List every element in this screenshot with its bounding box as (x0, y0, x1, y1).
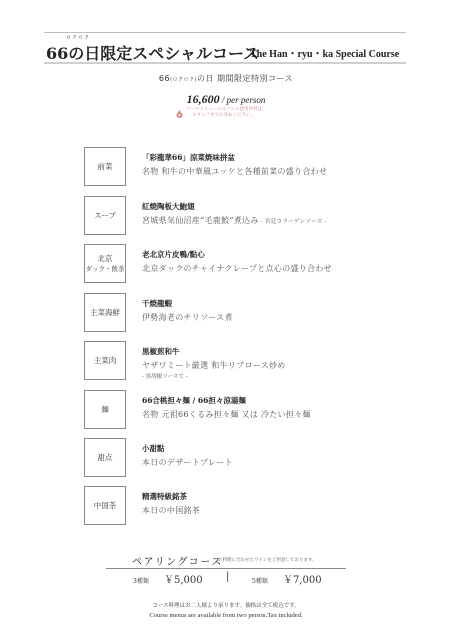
course-item-appetizer: 前菜 「彩龍華66」涼菜焼味拼盆 名物 和牛の中華風ユッケと各種前菜の盛り合わせ (84, 147, 384, 186)
course-item-seafood-main: 主菜海鮮 干焼龍蝦 伊勢海老のチリソース煮 (84, 293, 384, 332)
course-category: 主菜海鮮 (84, 293, 126, 332)
course-item-meat-main: 主菜肉 黒椒煎和牛 ヤザワミート厳選 和牛リブロース炒め - 黒胡椒ソースで - (84, 341, 384, 380)
pairing-rule (106, 568, 346, 569)
header-top-rule (44, 32, 406, 33)
page-title-en: The Han・ryu・ka Special Course (250, 45, 399, 60)
pairing-title: ペアリングコース (132, 553, 223, 568)
course-price: 16,600 / per person (0, 92, 452, 107)
price-unit: / per person (220, 95, 266, 105)
course-category: スープ (84, 196, 126, 235)
pairing-option-5: 5種類 ￥7,000 (252, 571, 322, 586)
footer-note-en: Course menus are available from two pers… (0, 612, 452, 619)
course-item-soup: スープ 紅焼陶板大鮑翅 宮城県気仙沼産“毛鹿鮫”煮込み - 宮廷コラーゲンソース… (84, 196, 384, 235)
course-item-dessert: 甜点 小甜點 本日のデザートプレート (84, 438, 384, 477)
course-dish-desc: 宮城県気仙沼産“毛鹿鮫”煮込み - 宮廷コラーゲンソース - (142, 215, 327, 226)
pairing-separator: | (226, 571, 229, 582)
course-subtitle: 66(ロクロク)の日 期間限定特別コース (0, 73, 452, 84)
course-dish-desc: 名物 元祖66くるみ担々麺 又は 冷たい担々麺 (142, 409, 311, 420)
course-dish-name: 精選特級銘茶 (142, 491, 187, 502)
course-dish-name: 小甜點 (142, 443, 165, 454)
course-category: 中国茶 (84, 486, 126, 525)
footer-note-jp: コース料理はお二人様より承ります。価格は全て税込です。 (0, 601, 452, 609)
course-dish-name: 干焼龍蝦 (142, 298, 172, 309)
allergy-note-line2: スタッフまでお尋ねください。 (186, 113, 267, 119)
course-item-noodles: 麺 66合桃担々麺 / 66担々涼湯麺 名物 元祖66くるみ担々麺 又は 冷たい… (84, 390, 384, 429)
dish-desc-main: 宮城県気仙沼産“毛鹿鮫”煮込み (142, 216, 259, 225)
course-dish-sub: - 黒胡椒ソースで - (142, 372, 187, 380)
header-bottom-rule (44, 62, 406, 64)
course-dish-desc: ヤザワミート厳選 和牛リブロース炒め (142, 360, 286, 371)
course-category: 麺 (84, 390, 126, 429)
pairing-kinds: 5種類 (252, 578, 268, 585)
title-ruby: ロクロク (66, 34, 90, 41)
course-category: 前菜 (84, 147, 126, 186)
pairing-note: お料理に合わせたワインをご用意しております。 (218, 557, 317, 563)
course-item-peking-duck: 北京 ダック・飲茶 老北京片皮鴨/點心 北京ダックのチャイナクレープと点心の盛り… (84, 244, 384, 283)
category-line2: ダック・飲茶 (86, 264, 125, 275)
pairing-price: ￥5,000 (164, 575, 203, 586)
drop-icon (176, 110, 183, 118)
course-dish-desc: 本日の中国銘茶 (142, 505, 200, 516)
category-line1: 北京 (98, 253, 113, 264)
dish-desc-sauce: - 宮廷コラーゲンソース - (259, 219, 327, 225)
course-dish-desc: 名物 和牛の中華風ユッケと各種前菜の盛り合わせ (142, 166, 327, 177)
course-dish-desc: 北京ダックのチャイナクレープと点心の盛り合わせ (142, 263, 332, 274)
pairing-kinds: 3種類 (133, 578, 149, 585)
course-dish-name: 老北京片皮鴨/點心 (142, 249, 205, 260)
page-title-jp: 66の日限定スペシャルコース (46, 41, 259, 64)
course-dish-name: 「彩龍華66」涼菜焼味拼盆 (142, 152, 235, 163)
course-dish-name: 66合桃担々麺 / 66担々涼湯麺 (142, 395, 246, 406)
allergy-note: コースメニューのエシレル使用食材は、 スタッフまでお尋ねください。 (186, 107, 267, 119)
course-category: 甜点 (84, 438, 126, 477)
course-category: 北京 ダック・飲茶 (84, 244, 126, 283)
course-dish-desc: 本日のデザートプレート (142, 457, 233, 468)
subtitle-suffix: の日 期間限定特別コース (197, 74, 293, 83)
pairing-option-3: 3種類 ￥5,000 (133, 571, 203, 586)
course-dish-name: 黒椒煎和牛 (142, 346, 180, 357)
course-item-chinese-tea: 中国茶 精選特級銘茶 本日の中国銘茶 (84, 486, 384, 525)
pairing-price: ￥7,000 (283, 575, 322, 586)
subtitle-prefix: 66 (159, 74, 170, 83)
subtitle-ruby: (ロクロク) (170, 77, 197, 83)
course-category: 主菜肉 (84, 341, 126, 380)
course-dish-desc: 伊勢海老のチリソース煮 (142, 312, 233, 323)
price-amount: 16,600 (187, 92, 220, 106)
course-dish-name: 紅焼陶板大鮑翅 (142, 201, 195, 212)
